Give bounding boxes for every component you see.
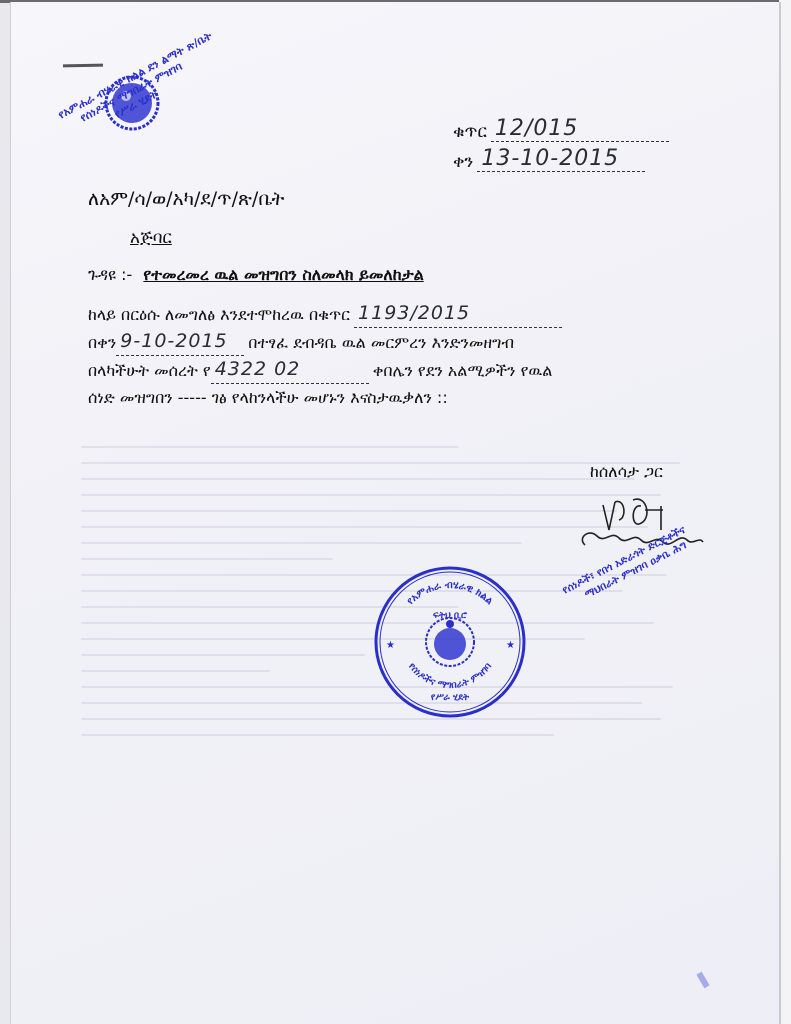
- handwritten-letter-number: 1193/2015: [354, 300, 562, 328]
- reference-date: ቀን 13-10-2015: [453, 142, 669, 172]
- svg-text:የአምሐራ ብሄራዊ ክልል: የአምሐራ ብሄራዊ ክልል: [405, 580, 495, 608]
- svg-text:የሥራ ሂደት: የሥራ ሂደት: [431, 693, 470, 703]
- closing-greeting: ከሰለሳታ ጋር: [590, 462, 663, 482]
- reference-number-label: ቁጥር: [453, 122, 487, 142]
- subject-label: ጉዳዩ :-: [88, 265, 132, 284]
- addressee: ለአም/ሳ/ወ/አካ/ደ/ጥ/ጽ/ቤት: [88, 188, 284, 210]
- svg-text:ፍትህ ቢሮ: ፍትህ ቢሮ: [433, 611, 467, 621]
- pen-mark: [63, 64, 103, 68]
- body-line-2: በቀን 9-10-2015 በተፃፈ ደብዳቤ ዉል መርምረን እንድንመዘግ…: [88, 328, 688, 356]
- body-line-1: ከላይ በርዕሱ ለመግለፅ እንደተሞከረዉ በቁጥር 1193/2015: [88, 300, 688, 328]
- subject-line: ጉዳዩ :- የተመረመረ ዉል መዝግበን ስለመላክ ይመለከታል: [88, 265, 424, 285]
- svg-text:★: ★: [386, 640, 395, 651]
- body-line-3: በላካችሁት መሰረት የ 4322 02 ቀበሌን የደን አልሚዎችን የዉ…: [88, 356, 688, 384]
- handwritten-date: 9-10-2015: [116, 328, 244, 356]
- reference-number-value: 12/015: [491, 116, 669, 142]
- body-text: ቀበሌን የደን አልሚዎችን የዉል: [373, 357, 553, 384]
- subject-text: የተመረመረ ዉል መዝግበን ስለመላክ ይመለከታል: [143, 265, 423, 284]
- body-text: በቀን: [88, 329, 116, 356]
- body-text: ሰነድ መዝግበን ----- ገፅ የላከንላችሁ መሆኑን እናስታዉቃለን…: [88, 384, 448, 411]
- reference-date-label: ቀን: [453, 152, 473, 172]
- body-line-4: ሰነድ መዝግበን ----- ገፅ የላከንላችሁ መሆኑን እናስታዉቃለን…: [88, 384, 688, 411]
- svg-text:★: ★: [506, 640, 515, 651]
- body-text: በተፃፈ ደብዳቤ ዉል መርምረን እንድንመዘግብ: [248, 329, 514, 356]
- letter-title: አጅባር: [130, 228, 172, 248]
- body-text: ከላይ በርዕሱ ለመግለፅ እንደተሞከረዉ በቁጥር: [88, 301, 350, 328]
- letter-body: ከላይ በርዕሱ ለመግለፅ እንደተሞከረዉ በቁጥር 1193/2015 በ…: [88, 300, 688, 411]
- round-stamp-icon: ★ ★ የአምሐራ ብሄራዊ ክልል ፍትህ ቢሮ የሰነዶችና ማግበራት ም…: [372, 564, 528, 720]
- reference-block: ቁጥር 12/015 ቀን 13-10-2015: [453, 112, 669, 172]
- handwritten-kebele: 4322 02: [211, 356, 369, 384]
- reference-date-value: 13-10-2015: [477, 146, 645, 172]
- body-text: በላካችሁት መሰረት የ: [88, 357, 211, 384]
- reference-number: ቁጥር 12/015: [453, 112, 669, 142]
